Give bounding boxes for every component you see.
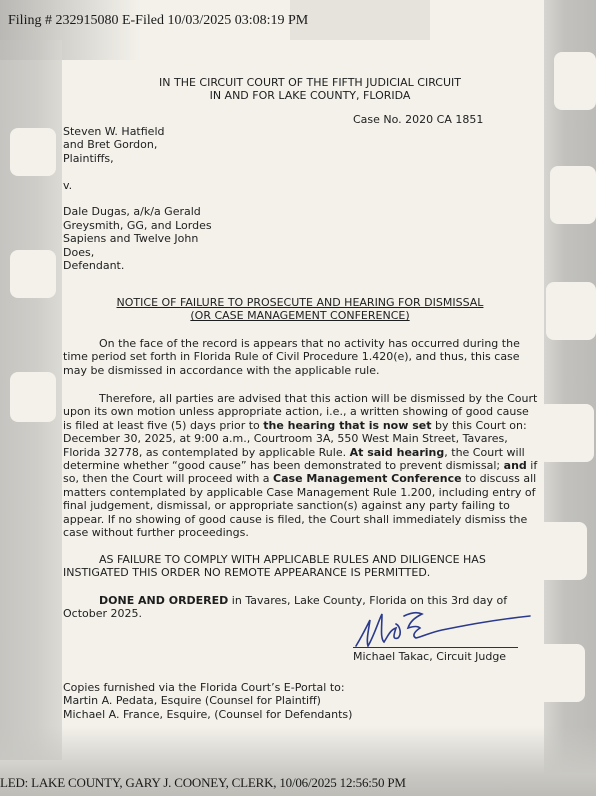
copies-recipient: Michael A. France, Esquire, (Counsel for… — [63, 708, 352, 721]
emphasis-done-and-ordered: DONE AND ORDERED — [99, 594, 228, 607]
film-hole — [531, 522, 587, 580]
film-hole — [554, 52, 596, 110]
notice-title-line: (OR CASE MANAGEMENT CONFERENCE) — [90, 309, 510, 322]
court-heading-line: IN AND FOR LAKE COUNTY, FLORIDA — [100, 89, 520, 102]
clerk-filed-stamp: LED: LAKE COUNTY, GARY J. COONEY, CLERK,… — [0, 775, 406, 791]
paragraph-no-activity: On the face of the record is appears tha… — [63, 337, 539, 377]
efiling-stamp: Filing # 232915080 E-Filed 10/03/2025 03… — [8, 13, 308, 29]
defendant-line: Sapiens and Twelve John — [63, 232, 212, 245]
film-hole — [10, 128, 56, 176]
background-texture — [290, 0, 430, 40]
versus: v. — [63, 179, 212, 192]
defendant-line: Does, — [63, 246, 212, 259]
notice-title: NOTICE OF FAILURE TO PROSECUTE AND HEARI… — [90, 296, 510, 323]
film-hole — [10, 372, 56, 422]
film-hole — [531, 644, 585, 702]
copies-recipient: Martin A. Pedata, Esquire (Counsel for P… — [63, 694, 352, 707]
defendant-line: Defendant. — [63, 259, 212, 272]
emphasis-case-management-conference: Case Management Conference — [273, 472, 462, 485]
defendant-line: Greysmith, GG, and Lordes — [63, 219, 212, 232]
court-heading: IN THE CIRCUIT COURT OF THE FIFTH JUDICI… — [100, 76, 520, 103]
plaintiff-line: Plaintiffs, — [63, 152, 212, 165]
copies-furnished: Copies furnished via the Florida Court’s… — [63, 681, 352, 721]
copies-heading: Copies furnished via the Florida Court’s… — [63, 681, 352, 694]
plaintiff-line: and Bret Gordon, — [63, 138, 212, 151]
paragraph-hearing-notice: Therefore, all parties are advised that … — [63, 392, 539, 539]
film-hole — [546, 282, 596, 340]
film-hole — [538, 404, 594, 462]
film-hole — [550, 166, 596, 224]
plaintiff-line: Steven W. Hatfield — [63, 125, 212, 138]
film-hole — [10, 250, 56, 298]
judge-signature — [352, 606, 532, 652]
defendant-line: Dale Dugas, a/k/a Gerald — [63, 205, 212, 218]
emphasis-and: and — [504, 459, 527, 472]
case-number: Case No. 2020 CA 1851 — [353, 113, 483, 126]
emphasis-hearing-set: the hearing that is now set — [263, 419, 431, 432]
notice-title-line: NOTICE OF FAILURE TO PROSECUTE AND HEARI… — [90, 296, 510, 309]
case-caption-parties: Steven W. Hatfield and Bret Gordon, Plai… — [63, 125, 212, 272]
paragraph-no-remote-appearance: AS FAILURE TO COMPLY WITH APPLICABLE RUL… — [63, 553, 539, 580]
judge-name: Michael Takac, Circuit Judge — [353, 650, 506, 663]
emphasis-at-said-hearing: At said hearing — [350, 446, 445, 459]
court-heading-line: IN THE CIRCUIT COURT OF THE FIFTH JUDICI… — [100, 76, 520, 89]
